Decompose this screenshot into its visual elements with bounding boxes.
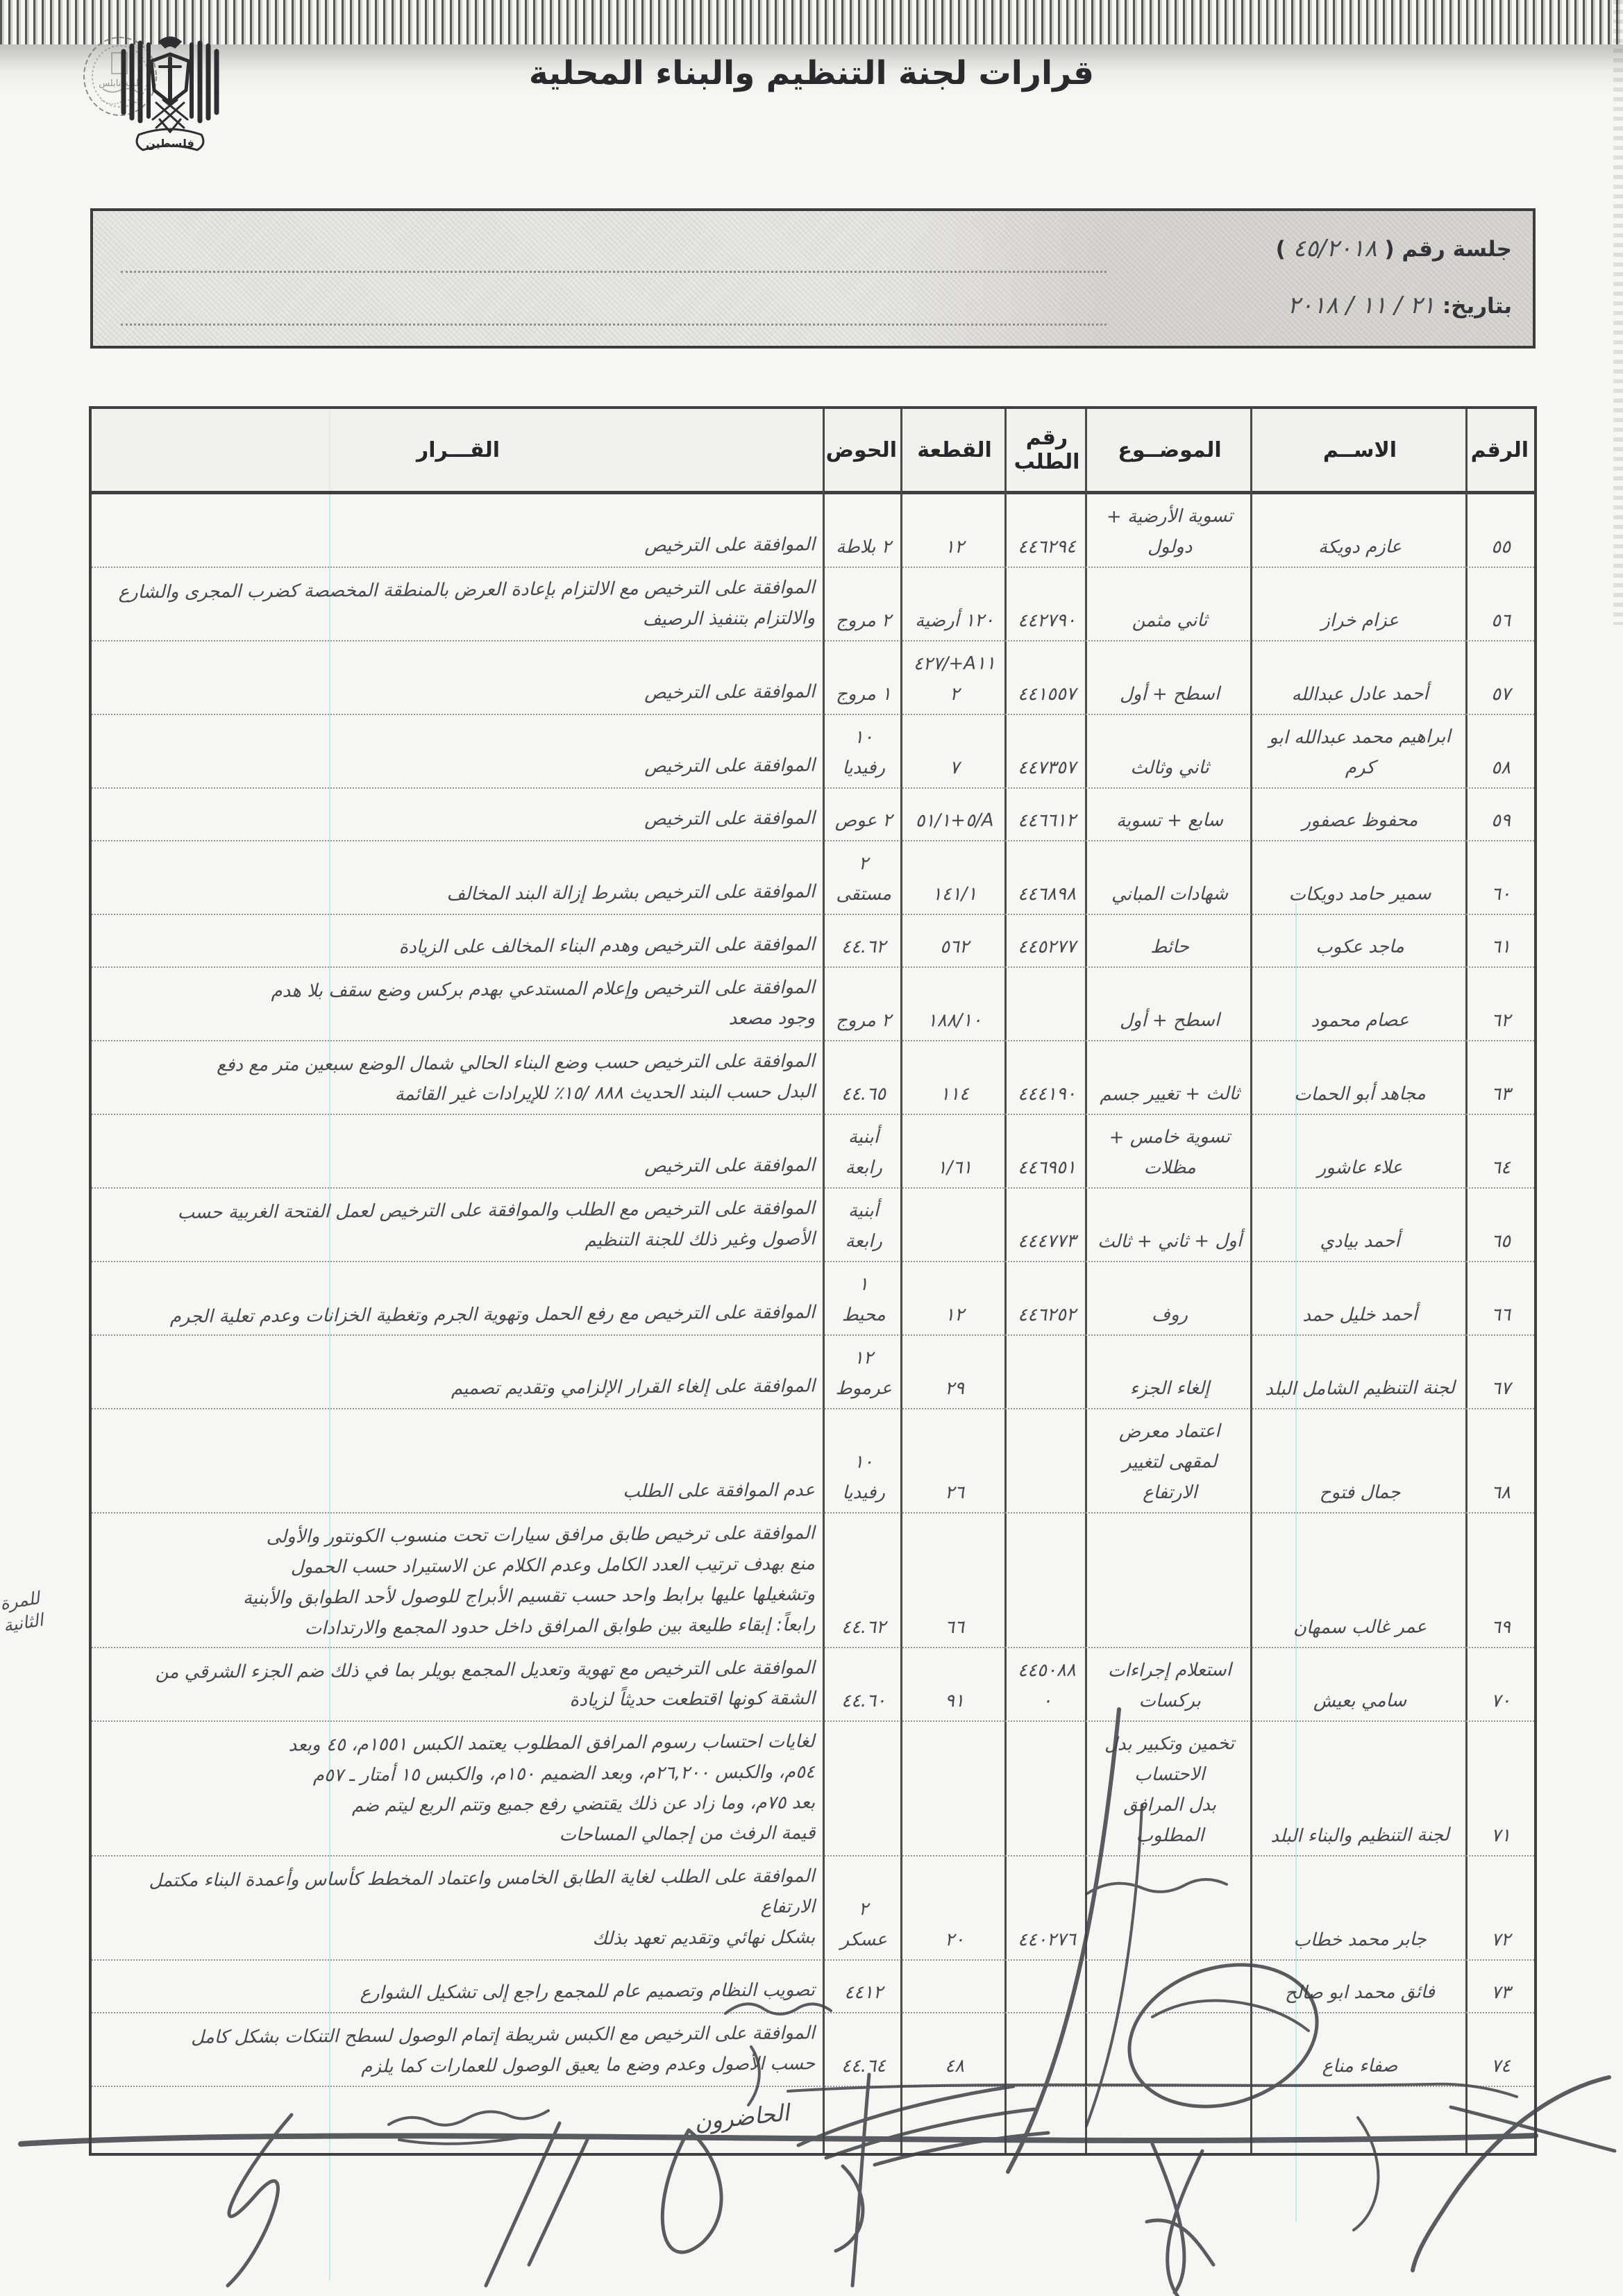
table-body: ٥٥ عازم دويكة تسوية الأرضية + دولول ٤٤٦٢… <box>92 494 1534 2153</box>
cell-parcel: ١١٤ <box>902 1071 1007 1114</box>
cell-decision: الموافقة على الترخيص مع تهوية وتعديل الم… <box>92 1645 825 1723</box>
cell-parcel <box>902 2000 1007 2012</box>
cell-num: ٦٢ <box>1468 998 1534 1041</box>
cell-num: ٦٧ <box>1468 1366 1534 1409</box>
cell-parcel: ٤٨ <box>902 2043 1007 2086</box>
emblem-banner-text: فلسطين <box>146 137 194 150</box>
cell-parcel: ١٢ <box>902 1292 1007 1334</box>
cell-basin <box>825 1844 902 1856</box>
cell-decision: الموافقة على الترخيص وهدم البناء المخالف… <box>92 922 825 969</box>
table-row: ٧٢ جابر محمد خطاب ٤٤٠٢٧٦ ٢٠ ٢ عسكر الموا… <box>92 1857 1534 1961</box>
header-parcel: القطعة <box>902 434 1007 467</box>
table-row: ٦٦ أحمد خليل حمد روف ٤٤٦٢٥٢ ١٢ ١ محيط ال… <box>92 1262 1534 1336</box>
cell-name: عزام خراز <box>1252 598 1468 641</box>
header-subject: الموضــوع <box>1087 434 1252 467</box>
cell-name: جابر محمد خطاب <box>1252 1917 1468 1960</box>
scanned-document-page: بلدية نابلس قرارات لجنة التنظيم والبناء … <box>0 0 1623 2296</box>
cell-decision: تصويب النظام وتصميم عام للمجمع راجع إلى … <box>92 1968 825 2014</box>
cell-num: ٦٥ <box>1468 1219 1534 1262</box>
table-row: ٦٠ سمير حامد دويكات شهادات المباني ٤٤٦٨٩… <box>92 841 1534 915</box>
decisions-table: الرقم الاســم الموضــوع رقم الطلب القطعة… <box>89 406 1537 2156</box>
cell-basin: ٢ عوص <box>825 798 902 841</box>
margin-note: للمرة الثانية <box>0 1586 49 1638</box>
cell-request <box>1007 1844 1087 1856</box>
dotted-rule <box>121 271 1107 273</box>
cell-subject: تسوية خامس + مظلات <box>1087 1114 1253 1188</box>
cell-decision: الموافقة على الترخيص حسب وضع البناء الحا… <box>92 1039 825 1116</box>
cell-num: ٥٩ <box>1468 798 1534 841</box>
cell-name: جمال فتوح <box>1252 1470 1468 1513</box>
cell-parcel: ١٢ <box>902 524 1007 567</box>
session-number-line: جلسة رقم ( ٤٥/٢٠١٨ ) <box>1276 235 1512 262</box>
page-title: قرارات لجنة التنظيم والبناء المحلية <box>361 54 1262 92</box>
cell-parcel: A/٥+٥١/١ <box>902 798 1007 840</box>
cell-num: ٦١ <box>1468 925 1534 967</box>
scan-edge-streaks <box>1613 0 1623 625</box>
cell-basin: ٤٤.٦٢ <box>825 1605 902 1648</box>
cell-num: ٦٤ <box>1468 1146 1534 1188</box>
cell-request: ٤٤١٥٥٧ <box>1007 672 1087 714</box>
session-date-value: ٢١ / ١١ / ٢٠١٨ <box>1288 292 1435 319</box>
table-row: ٦٤ علاء عاشور تسوية خامس + مظلات ٤٤٦٩٥١ … <box>92 1115 1534 1189</box>
cell-name: عازم دويكة <box>1252 524 1468 567</box>
cell-name: عصام محمود <box>1252 998 1468 1041</box>
cell-decision: الموافقة على الترخيص مع الكبس شريطة إتما… <box>92 2011 825 2088</box>
cell-request: ٤٤٥٠٨٨٠ <box>1007 1648 1088 1721</box>
cell-basin: ٤٤.٦٤ <box>825 2044 902 2086</box>
cell-num: ٦٠ <box>1468 872 1534 914</box>
cell-name: أحمد عادل عبدالله <box>1252 671 1468 714</box>
cell-basin: ١٢ عرموط <box>825 1336 903 1409</box>
cell-num: ٧٣ <box>1468 1970 1534 2013</box>
table-row: ٦٨ جمال فتوح اعتماد معرض لمقهى لتغيير ال… <box>92 1409 1534 1514</box>
cell-basin: ٢ مستقى <box>825 841 903 914</box>
cell-decision: الموافقة على الترخيص بشرط إزالة البند ال… <box>92 869 825 916</box>
cell-parcel: ٢٩ <box>902 1366 1007 1408</box>
cell-num: ٥٦ <box>1468 598 1534 641</box>
cell-parcel: ٥٦٢ <box>902 924 1007 966</box>
cell-basin: أبنية رابعة <box>825 1115 903 1188</box>
table-row: ٥٧ أحمد عادل عبدالله اسطح + أول ٤٤١٥٥٧ A… <box>92 642 1534 715</box>
cell-subject <box>1087 1635 1252 1648</box>
table-row: ٥٨ ابراهيم محمد عبدالله ابو كرم ثاني وثا… <box>92 715 1534 789</box>
cell-subject: ثالث + تغيير جسم <box>1087 1071 1252 1114</box>
cell-basin: ١٠ رفيديا <box>825 715 903 788</box>
cell-name: مجاهد أبو الحمات <box>1252 1071 1468 1114</box>
cell-name: لجنة التنظيم الشامل البلد <box>1252 1366 1468 1409</box>
session-number-value: ٤٥/٢٠١٨ <box>1293 235 1377 262</box>
cell-decision: الموافقة على الترخيص مع الطلب والموافقة … <box>92 1186 825 1263</box>
cell-num: ٥٥ <box>1468 525 1534 567</box>
cell-request: ٤٤٧٣٥٧ <box>1007 746 1087 788</box>
cell-basin: ١ محيط <box>825 1262 903 1335</box>
cell-name: علاء عاشور <box>1252 1145 1468 1188</box>
cell-decision: الموافقة على الترخيص <box>92 522 825 569</box>
cell-subject: أول + ثاني + ثالث <box>1087 1218 1252 1262</box>
cell-decision: الموافقة على إلغاء القرار الإلزامي وتقدي… <box>92 1364 825 1410</box>
table-header-row: الرقم الاســم الموضــوع رقم الطلب القطعة… <box>92 409 1534 494</box>
cell-request <box>1007 2075 1087 2086</box>
palestine-eagle-emblem: فلسطين <box>104 31 236 162</box>
cell-basin: ٤٤.٦٥ <box>825 1072 902 1114</box>
table-row: ٧٤ صفاء مناع ٤٨ ٤٤.٦٤ الموافقة على الترخ… <box>92 2013 1534 2087</box>
cell-basin: ٢ عسكر <box>825 1887 903 1960</box>
session-number-label: جلسة رقم ( <box>1384 237 1512 262</box>
table-row: ٦٧ لجنة التنظيم الشامل البلد إلغاء الجزء… <box>92 1336 1534 1409</box>
cell-decision: لغايات احتساب رسوم المرافق المطلوب يعتمد… <box>91 1719 825 1857</box>
cell-name: عمر غالب سمهان <box>1252 1604 1468 1648</box>
signature <box>1147 2144 1213 2296</box>
cell-decision: الموافقة على الترخيص مع رفع الحمل وتهوية… <box>92 1290 825 1336</box>
cell-parcel: ١٢٠ أرضية <box>902 598 1007 640</box>
cell-request: ٤٤٥٢٧٧ <box>1007 925 1087 967</box>
cell-parcel: ١/٦١ <box>902 1145 1007 1187</box>
cell-decision: الموافقة على الترخيص <box>92 669 825 716</box>
cell-parcel: A١١+٤٢٧/٢ <box>902 641 1007 714</box>
cell-parcel: ١٨٨/١٠ <box>902 998 1007 1040</box>
cell-subject: اسطح + أول <box>1087 671 1252 714</box>
cell-name: أحمد خليل حمد <box>1252 1292 1468 1335</box>
header-request: رقم الطلب <box>1007 421 1087 478</box>
cell-subject: روف <box>1087 1292 1252 1335</box>
cell-request: ٤٤٦٨٩٨ <box>1007 872 1087 914</box>
cell-request: ٤٤٤٧٧٣ <box>1007 1219 1087 1262</box>
cell-parcel: ١٤١/١ <box>902 871 1007 914</box>
cell-num: ٦٩ <box>1468 1605 1534 1648</box>
table-row: ٥٦ عزام خراز ثاني مثمن ٤٤٢٧٩٠ ١٢٠ أرضية … <box>92 568 1534 642</box>
header-basin: الحوض <box>825 434 902 467</box>
cell-subject: تسوية الأرضية + دولول <box>1087 494 1253 567</box>
cell-subject: سابع + تسوية <box>1087 798 1252 841</box>
cell-decision: الموافقة على ترخيص طابق مرافق سيارات تحت… <box>91 1511 825 1649</box>
cell-basin: ١ مروج <box>825 672 902 714</box>
cell-num: ٧٤ <box>1468 2044 1534 2086</box>
cell-subject: تخمين وتكبير بدل الاحتساب بدل المرافق ال… <box>1086 1721 1252 1856</box>
cell-subject <box>1087 2074 1252 2086</box>
cell-decision: الموافقة على الترخيص وإعلام المستدعي بهد… <box>92 965 825 1042</box>
cell-request: ٤٤٢٧٩٠ <box>1007 598 1087 641</box>
cell-subject <box>1087 2000 1252 2013</box>
cell-parcel <box>902 1843 1007 1855</box>
cell-parcel <box>902 1249 1007 1261</box>
cell-decision: الموافقة على الترخيص <box>92 796 825 842</box>
session-info-box: جلسة رقم ( ٤٥/٢٠١٨ ) بتاريخ: ٢١ / ١١ / ٢… <box>90 208 1536 349</box>
cell-subject: اسطح + أول <box>1087 998 1252 1041</box>
session-number-close: ) <box>1276 237 1286 262</box>
cell-name: سامي بعيش <box>1252 1678 1468 1721</box>
table-row: ٦٣ مجاهد أبو الحمات ثالث + تغيير جسم ٤٤٤… <box>92 1041 1534 1115</box>
cell-parcel: ٢٠ <box>902 1917 1007 1959</box>
cell-request: ٤٤٦٦١٢ <box>1007 798 1087 841</box>
cell-num: ٧٢ <box>1468 1918 1534 1960</box>
cell-basin: ٤٤١٢ <box>825 1970 902 2013</box>
cell-subject: حائط <box>1087 924 1252 967</box>
table-row: ٦٥ أحمد بيادي أول + ثاني + ثالث ٤٤٤٧٧٣ أ… <box>92 1189 1534 1262</box>
cell-subject: ثاني وثالث <box>1087 745 1252 788</box>
cell-request: ٤٤٦٢٩٤ <box>1007 525 1087 567</box>
table-row: ٦٢ عصام محمود اسطح + أول ١٨٨/١٠ ٢ مروج ا… <box>92 968 1534 1041</box>
cell-parcel: ٦٦ <box>902 1604 1007 1647</box>
cell-name: فائق محمد ابو صالح <box>1252 1970 1468 2013</box>
cell-num: ٦٦ <box>1468 1293 1534 1335</box>
cell-request <box>1007 2001 1087 2013</box>
table-row: ٧١ لجنة التنظيم والبناء البلد تخمين وتكب… <box>92 1722 1534 1857</box>
cell-name: صفاء مناع <box>1252 2043 1468 2086</box>
session-date-line: بتاريخ: ٢١ / ١١ / ٢٠١٨ <box>1288 292 1512 319</box>
cell-parcel: ٧ <box>902 745 1007 787</box>
cell-request <box>1007 1397 1087 1409</box>
cell-parcel: ٩١ <box>902 1678 1007 1720</box>
cell-decision: الموافقة على الترخيص <box>92 1143 825 1189</box>
cell-subject: اعتماد معرض لمقهى لتغيير الارتفاع <box>1086 1409 1252 1513</box>
cell-basin: ٤٤.٦٢ <box>825 925 902 967</box>
cell-name: محفوظ عصفور <box>1252 798 1468 841</box>
cell-name: أحمد بيادي <box>1252 1218 1468 1262</box>
table-row: ٧٠ سامي بعيش استعلام إجراءات بركسات ٤٤٥٠… <box>92 1648 1534 1722</box>
cell-subject: إلغاء الجزء <box>1087 1366 1252 1409</box>
cell-name: ماجد عكوب <box>1252 924 1468 967</box>
table-row: ٥٩ محفوظ عصفور سابع + تسوية ٤٤٦٦١٢ A/٥+٥… <box>92 789 1534 841</box>
cell-basin: ٢ بلاطة <box>825 525 902 567</box>
cell-name: ابراهيم محمد عبدالله ابو كرم <box>1252 714 1468 788</box>
cell-decision: الموافقة على الترخيص <box>92 743 825 789</box>
cell-request: ٤٤٠٢٧٦ <box>1007 1918 1087 1960</box>
cell-request: ٤٤٦٢٥٢ <box>1007 1293 1087 1335</box>
cell-basin: ٢ مروج <box>825 598 902 641</box>
cell-basin: ٤٤.٦٠ <box>825 1679 902 1721</box>
cell-request <box>1007 1636 1087 1648</box>
cell-decision: الموافقة على الترخيص مع الالتزام بإعادة … <box>92 565 825 642</box>
cell-subject: استعلام إجراءات بركسات <box>1087 1648 1253 1721</box>
cell-num: ٧٠ <box>1468 1679 1534 1721</box>
cell-subject: ثاني مثمن <box>1087 598 1252 641</box>
cell-subject: شهادات المباني <box>1087 871 1252 914</box>
cell-basin: أبنية رابعة <box>825 1189 903 1262</box>
header-num: الرقم <box>1468 434 1534 467</box>
cell-num: ٥٨ <box>1468 746 1534 788</box>
cell-request: ٤٤٤١٩٠ <box>1007 1072 1087 1114</box>
cell-request <box>1007 1029 1087 1041</box>
table-row: ٥٥ عازم دويكة تسوية الأرضية + دولول ٤٤٦٢… <box>92 494 1534 568</box>
cell-basin: ٢ مروج <box>825 998 902 1041</box>
header-decision: القـــرار <box>92 434 825 467</box>
cell-name: سمير حامد دويكات <box>1252 871 1468 914</box>
cell-num: ٧١ <box>1468 1813 1534 1856</box>
table-row: ٦٩ عمر غالب سمهان ٦٦ ٤٤.٦٢ الموافقة على … <box>92 1514 1534 1648</box>
cell-num: ٥٧ <box>1468 672 1534 714</box>
cell-request: ٤٤٦٩٥١ <box>1007 1146 1087 1188</box>
cell-decision: الموافقة على الطلب لغاية الطابق الخامس و… <box>91 1854 825 1961</box>
table-row: ٦١ ماجد عكوب حائط ٤٤٥٢٧٧ ٥٦٢ ٤٤.٦٢ الموا… <box>92 915 1534 968</box>
header-name: الاســم <box>1252 434 1468 467</box>
cell-num: ٦٣ <box>1468 1072 1534 1114</box>
cell-decision: عدم الموافقة على الطلب <box>92 1468 825 1514</box>
table-row: ٧٣ فائق محمد ابو صالح ٤٤١٢ تصويب النظام … <box>92 1961 1534 2013</box>
cell-basin: ١٠ رفيديا <box>825 1440 903 1513</box>
cell-request <box>1007 1501 1087 1513</box>
cell-subject <box>1087 1947 1252 1960</box>
cell-num: ٦٨ <box>1468 1470 1534 1513</box>
session-date-label: بتاريخ: <box>1443 294 1512 319</box>
cell-name: لجنة التنظيم والبناء البلد <box>1252 1813 1468 1856</box>
cell-parcel: ٢٦ <box>902 1470 1007 1512</box>
dotted-rule <box>121 324 1107 326</box>
scan-noise-band <box>0 0 1623 44</box>
